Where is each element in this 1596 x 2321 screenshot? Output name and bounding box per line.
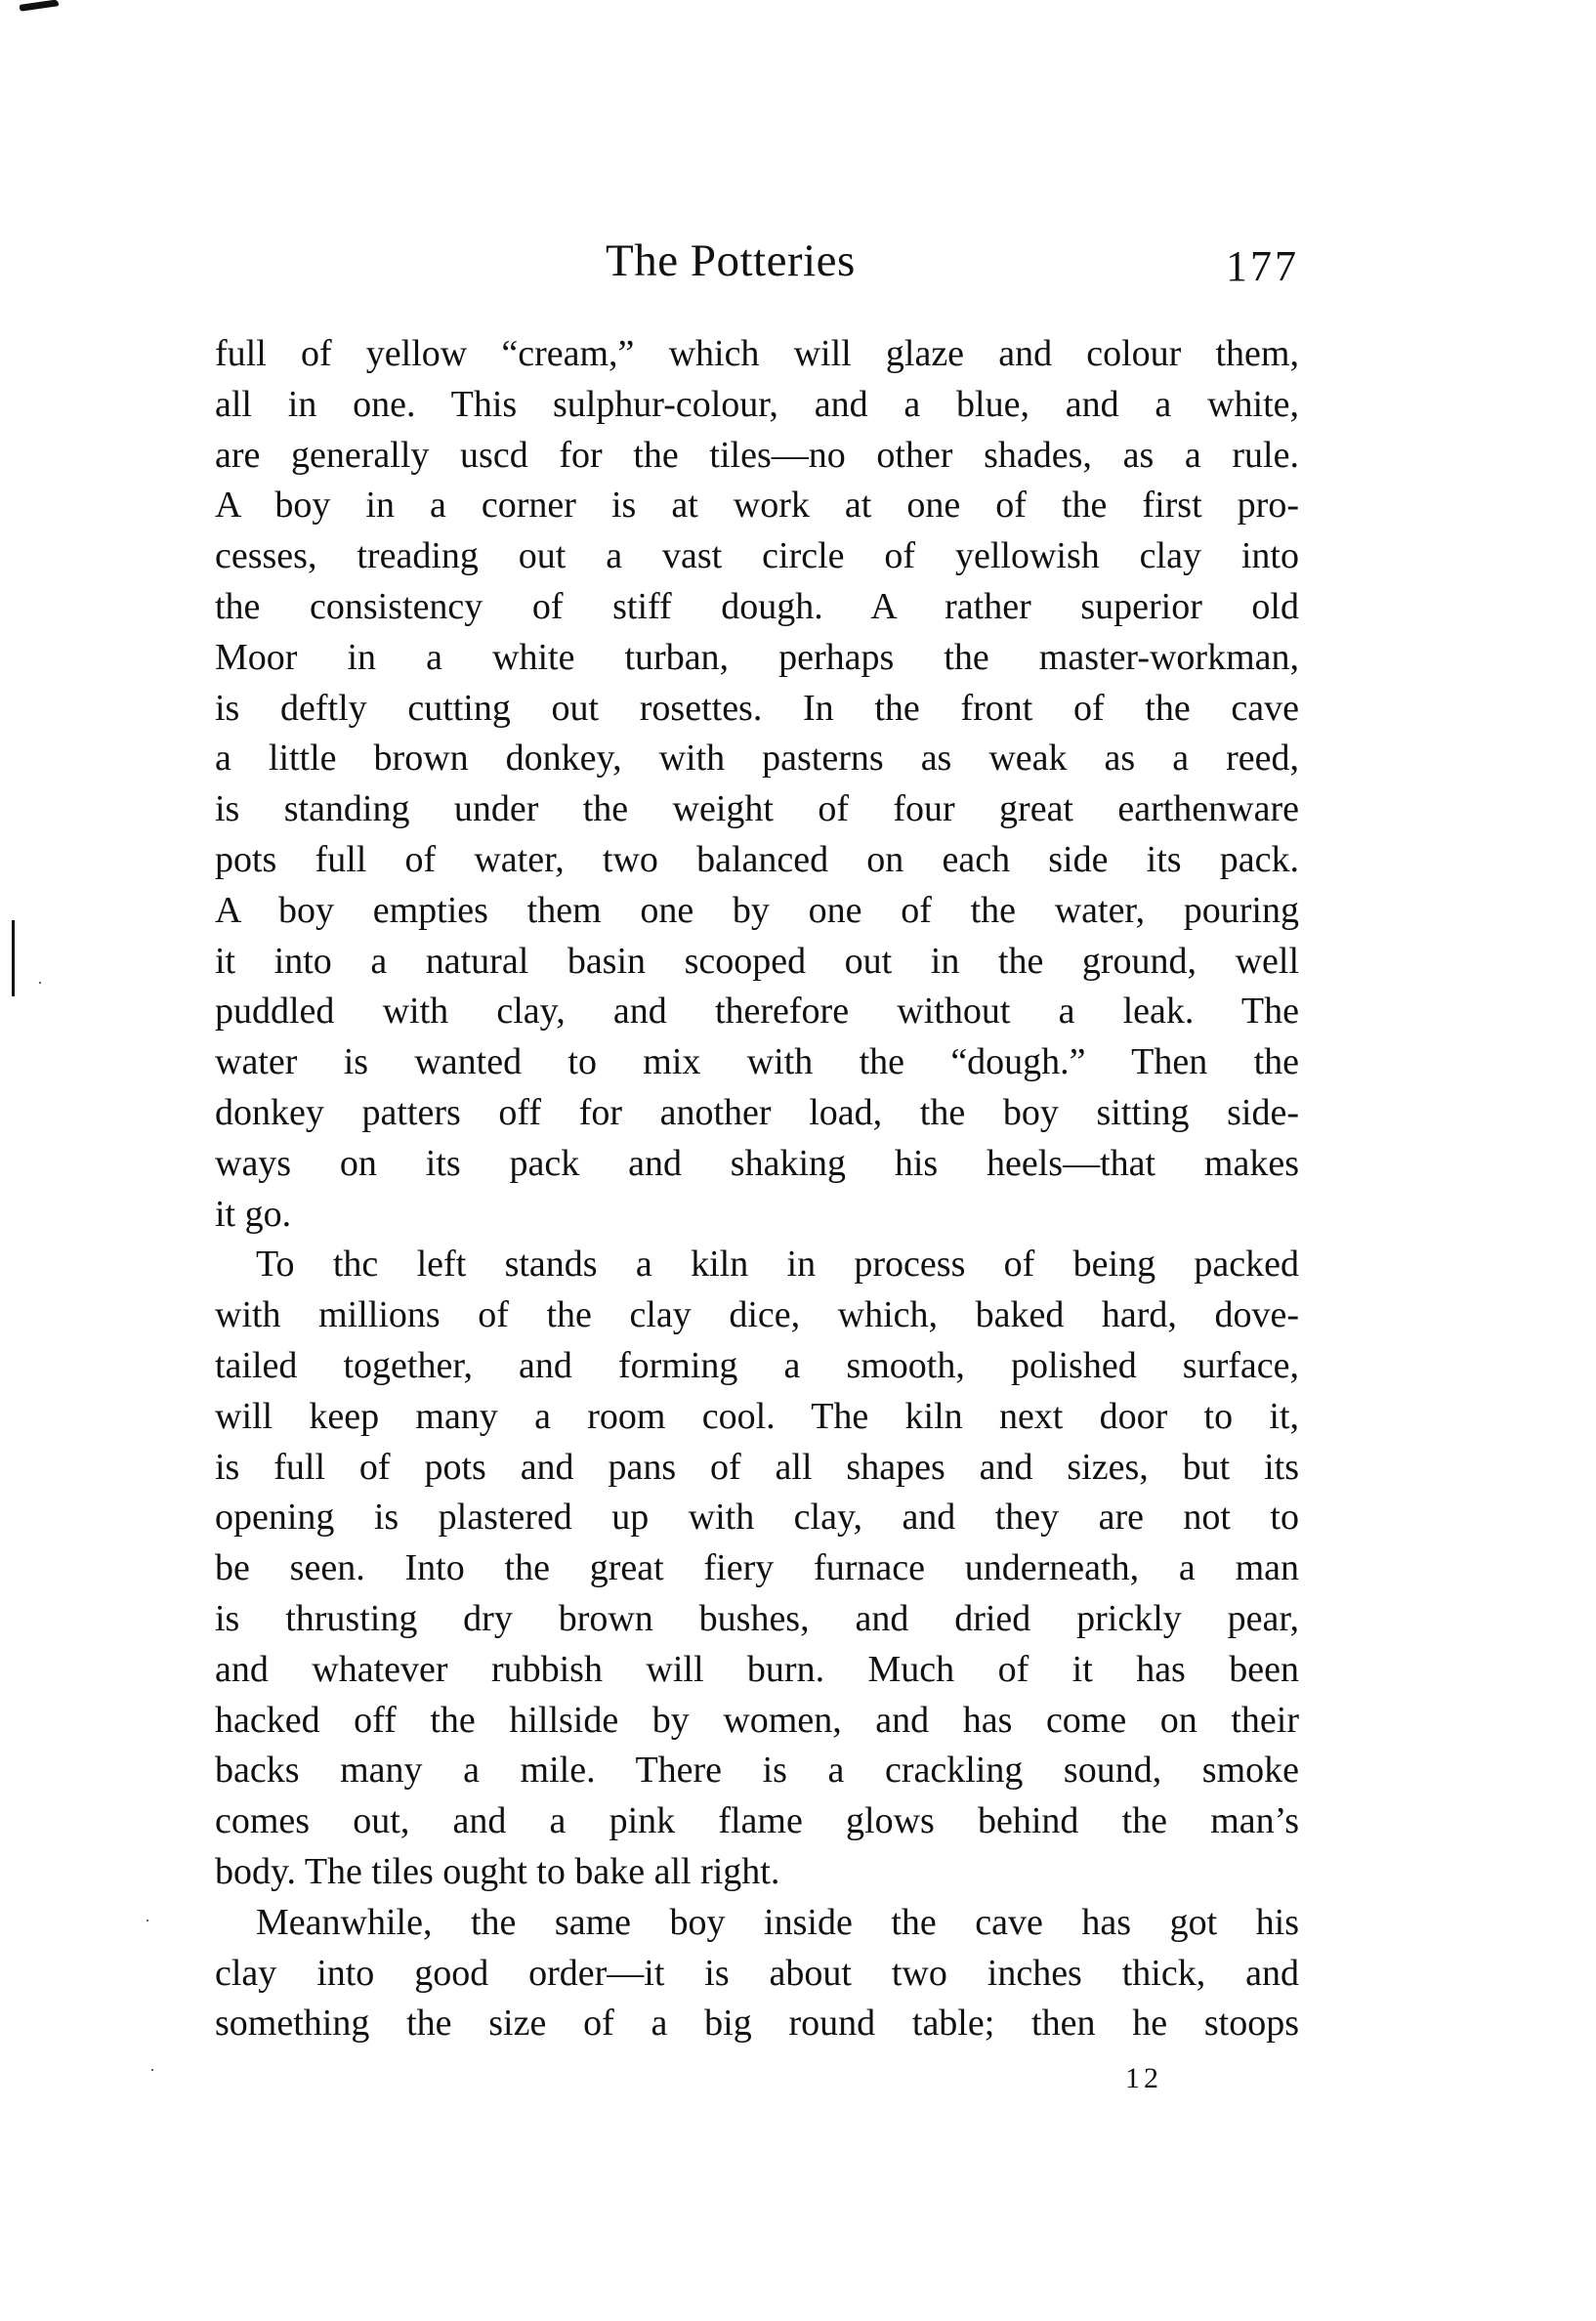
scan-artifact-mark bbox=[20, 0, 59, 12]
scan-speck bbox=[39, 982, 41, 984]
text-line: Moor in a white turban, perhaps the mast… bbox=[215, 633, 1299, 684]
text-line: puddled with clay, and therefore without… bbox=[215, 987, 1299, 1037]
text-line: full of yellow “cream,” which will glaze… bbox=[215, 329, 1299, 380]
text-line: A boy in a corner is at work at one of t… bbox=[215, 481, 1299, 531]
text-line: donkey patters off for another load, the… bbox=[215, 1088, 1299, 1139]
text-line: and whatever rubbish will burn. Much of … bbox=[215, 1645, 1299, 1696]
signature-mark: 12 bbox=[1125, 2059, 1162, 2098]
text-line: it go. bbox=[215, 1190, 1299, 1241]
text-line: will keep many a room cool. The kiln nex… bbox=[215, 1392, 1299, 1443]
text-line: body. The tiles ought to bake all right. bbox=[215, 1847, 1299, 1898]
text-line: is thrusting dry brown bushes, and dried… bbox=[215, 1594, 1299, 1645]
text-line: comes out, and a pink flame glows behind… bbox=[215, 1796, 1299, 1847]
scan-speck bbox=[147, 1920, 148, 1921]
scan-speck bbox=[151, 2069, 153, 2071]
text-line: all in one. This sulphur-colour, and a b… bbox=[215, 380, 1299, 431]
text-line: To thc left stands a kiln in process of … bbox=[215, 1240, 1299, 1290]
text-line: water is wanted to mix with the “dough.”… bbox=[215, 1037, 1299, 1088]
text-line: a little brown donkey, with pasterns as … bbox=[215, 734, 1299, 784]
text-line: backs many a mile. There is a crackling … bbox=[215, 1746, 1299, 1796]
text-line: is deftly cutting out rosettes. In the f… bbox=[215, 684, 1299, 735]
text-line: is full of pots and pans of all shapes a… bbox=[215, 1443, 1299, 1494]
text-line: pots full of water, two balanced on each… bbox=[215, 835, 1299, 886]
text-line: ways on its pack and shaking his heels—t… bbox=[215, 1139, 1299, 1190]
margin-scan-bar bbox=[12, 920, 15, 996]
text-line: is standing under the weight of four gre… bbox=[215, 784, 1299, 835]
text-line: something the size of a big round table;… bbox=[215, 1999, 1299, 2049]
text-line: with millions of the clay dice, which, b… bbox=[215, 1290, 1299, 1341]
text-line: be seen. Into the great fiery furnace un… bbox=[215, 1543, 1299, 1594]
body-text: full of yellow “cream,” which will glaze… bbox=[215, 329, 1299, 2049]
text-line: A boy empties them one by one of the wat… bbox=[215, 886, 1299, 937]
text-line: opening is plastered up with clay, and t… bbox=[215, 1493, 1299, 1543]
text-line: cesses, treading out a vast circle of ye… bbox=[215, 531, 1299, 582]
text-line: are generally uscd for the tiles—no othe… bbox=[215, 431, 1299, 482]
text-line: hacked off the hillside by women, and ha… bbox=[215, 1696, 1299, 1747]
text-line: the consistency of stiff dough. A rather… bbox=[215, 582, 1299, 633]
text-line: it into a natural basin scooped out in t… bbox=[215, 937, 1299, 988]
text-line: clay into good order—it is about two inc… bbox=[215, 1949, 1299, 2000]
running-head: The Potteries 177 bbox=[215, 227, 1299, 295]
text-line: tailed together, and forming a smooth, p… bbox=[215, 1341, 1299, 1392]
running-title: The Potteries bbox=[606, 227, 856, 295]
text-line: Meanwhile, the same boy inside the cave … bbox=[215, 1898, 1299, 1949]
page-number: 177 bbox=[1226, 232, 1299, 301]
